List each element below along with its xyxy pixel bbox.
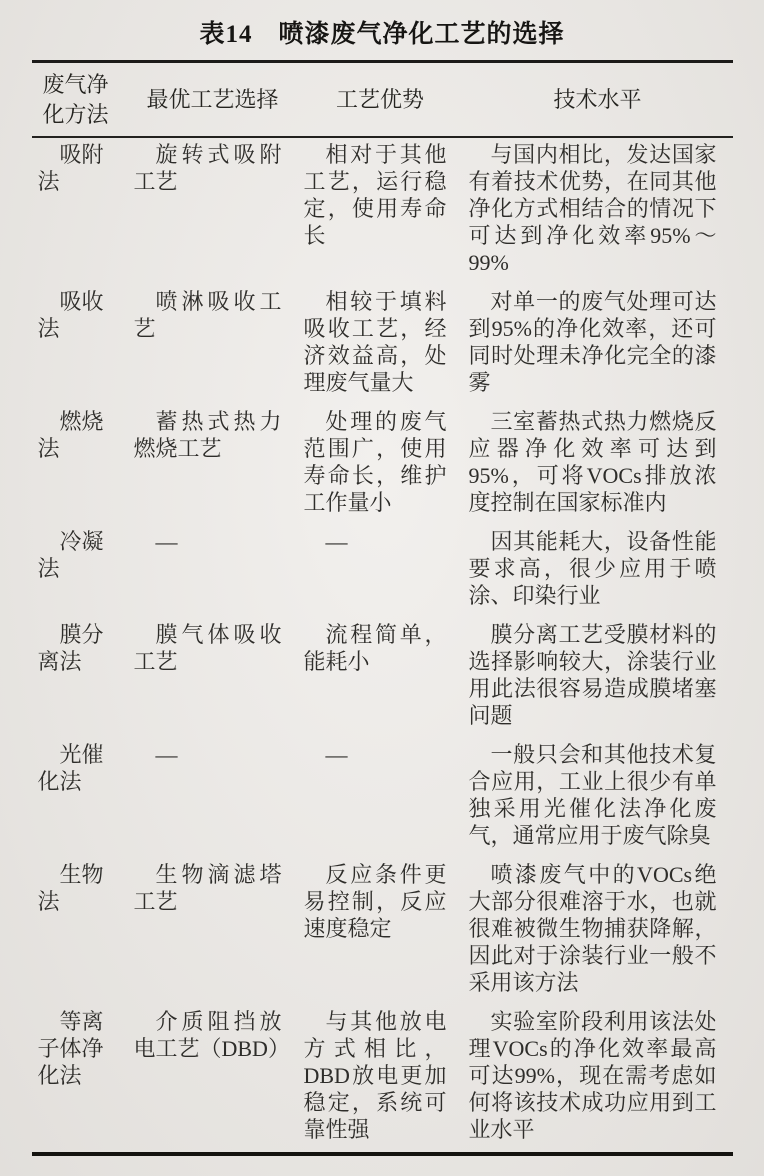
advantage-cell: 与其他放电方式相比，DBD放电更加稳定，系统可靠性强 (298, 1005, 463, 1154)
scanned-paper-page: 表14喷漆废气净化工艺的选择 废气净化方法 最优工艺选择 工艺优势 技术水平 吸… (0, 0, 764, 1176)
purification-methods-table: 废气净化方法 最优工艺选择 工艺优势 技术水平 吸附法 旋转式吸附工艺 相对于其… (32, 60, 733, 1156)
header-advantage: 工艺优势 (298, 62, 463, 138)
level-cell: 一般只会和其他技术复合应用，工业上很少有单独采用光催化法净化废气，通常应用于废气… (463, 738, 733, 858)
advantage-cell: 处理的废气范围广，使用寿命长，维护工作量小 (298, 405, 463, 525)
advantage-cell: 反应条件更易控制，反应速度稳定 (298, 858, 463, 1005)
process-cell: 旋转式吸附工艺 (128, 137, 298, 285)
header-process: 最优工艺选择 (128, 62, 298, 138)
process-cell: 喷淋吸收工艺 (128, 285, 298, 405)
method-cell: 等离子体净化法 (32, 1005, 128, 1154)
method-cell: 光催化法 (32, 738, 128, 858)
table-number-label: 表14 (199, 21, 252, 48)
advantage-cell: 流程简单，能耗小 (298, 618, 463, 738)
page-title: 表14喷漆废气净化工艺的选择 (0, 14, 764, 50)
method-cell: 吸附法 (32, 137, 128, 285)
method-cell: 生物法 (32, 858, 128, 1005)
table-row: 吸收法 喷淋吸收工艺 相较于填料吸收工艺，经济效益高，处理废气量大 对单一的废气… (32, 285, 733, 405)
advantage-cell: — (298, 525, 463, 618)
level-cell: 因其能耗大，设备性能要求高，很少应用于喷涂、印染行业 (463, 525, 733, 618)
method-cell: 冷凝法 (32, 525, 128, 618)
process-cell: — (128, 738, 298, 858)
process-cell: 膜气体吸收工艺 (128, 618, 298, 738)
header-method: 废气净化方法 (32, 62, 128, 138)
level-cell: 喷漆废气中的VOCs绝大部分很难溶于水，也就很难被微生物捕获降解，因此对于涂装行… (463, 858, 733, 1005)
table-row: 燃烧法 蓄热式热力燃烧工艺 处理的废气范围广，使用寿命长，维护工作量小 三室蓄热… (32, 405, 733, 525)
level-cell: 对单一的废气处理可达到95%的净化效率，还可同时处理未净化完全的漆雾 (463, 285, 733, 405)
table-row: 等离子体净化法 介质阻挡放电工艺（DBD） 与其他放电方式相比，DBD放电更加稳… (32, 1005, 733, 1154)
level-cell: 实验室阶段利用该法处理VOCs的净化效率最高可达99%，现在需考虑如何将该技术成… (463, 1005, 733, 1154)
process-cell: 生物滴滤塔工艺 (128, 858, 298, 1005)
process-cell: 介质阻挡放电工艺（DBD） (128, 1005, 298, 1154)
advantage-cell: — (298, 738, 463, 858)
method-cell: 吸收法 (32, 285, 128, 405)
method-cell: 燃烧法 (32, 405, 128, 525)
table-row: 膜分离法 膜气体吸收工艺 流程简单，能耗小 膜分离工艺受膜材料的选择影响较大，涂… (32, 618, 733, 738)
level-cell: 三室蓄热式热力燃烧反应器净化效率可达到95%，可将VOCs排放浓度控制在国家标准… (463, 405, 733, 525)
advantage-cell: 相对于其他工艺，运行稳定，使用寿命长 (298, 137, 463, 285)
method-cell: 膜分离法 (32, 618, 128, 738)
level-cell: 膜分离工艺受膜材料的选择影响较大，涂装行业用此法很容易造成膜堵塞问题 (463, 618, 733, 738)
table-row: 光催化法 — — 一般只会和其他技术复合应用，工业上很少有单独采用光催化法净化废… (32, 738, 733, 858)
header-level: 技术水平 (463, 62, 733, 138)
process-cell: — (128, 525, 298, 618)
table-row: 冷凝法 — — 因其能耗大，设备性能要求高，很少应用于喷涂、印染行业 (32, 525, 733, 618)
table-row: 生物法 生物滴滤塔工艺 反应条件更易控制，反应速度稳定 喷漆废气中的VOCs绝大… (32, 858, 733, 1005)
process-cell: 蓄热式热力燃烧工艺 (128, 405, 298, 525)
table-title-text: 喷漆废气净化工艺的选择 (279, 21, 565, 48)
table-row: 吸附法 旋转式吸附工艺 相对于其他工艺，运行稳定，使用寿命长 与国内相比，发达国… (32, 137, 733, 285)
table-header-row: 废气净化方法 最优工艺选择 工艺优势 技术水平 (32, 62, 733, 138)
advantage-cell: 相较于填料吸收工艺，经济效益高，处理废气量大 (298, 285, 463, 405)
level-cell: 与国内相比，发达国家有着技术优势，在同其他净化方式相结合的情况下可达到净化效率9… (463, 137, 733, 285)
